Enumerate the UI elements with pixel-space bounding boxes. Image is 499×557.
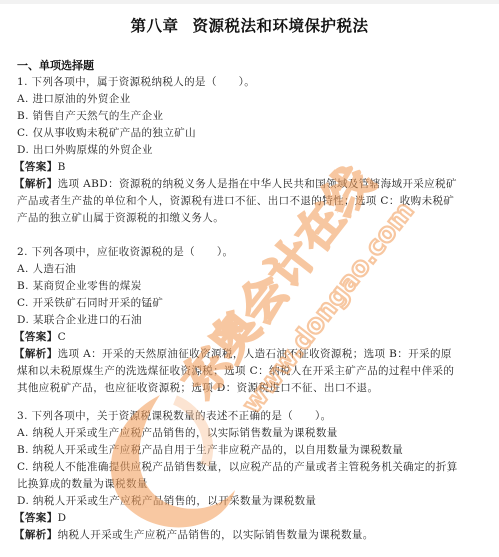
question-2-analysis-line-1: 【解析】选项 A：开采的天然原油征收资源税，人造石油不征收资源税；选项 B：开采… [14,346,452,363]
analysis-text: 选项 ABD：资源税的纳税义务人是指在中华人民共和国领域及管辖海域开采应税矿 [58,178,457,190]
question-2-answer: 【答案】C [14,329,66,346]
question-3-analysis-line-1: 【解析】纳税人开采或生产应税产品销售的，以实际销售数量为课税数量。 [14,527,374,544]
question-1-option-d: D. 出口外购原煤的外贸企业 [17,142,153,159]
chapter-title: 资源税法和环境保护税法 [193,17,369,35]
page-title: 第八章资源税法和环境保护税法 [0,14,499,36]
question-2-option-d: D. 某联合企业进口的石油 [17,312,142,329]
question-3-option-b: B. 纳税人开采或生产应税产品自用于生产非应税产品的，以自用数量为课税数量 [17,442,403,459]
question-3-option-a: A. 纳税人开采或生产应税产品销售的，以实际销售数量为课税数量 [17,425,338,442]
question-1-option-b: B. 销售自产天然气的生产企业 [17,108,163,125]
answer-label: 【答案】 [14,331,58,343]
question-2-option-b: B. 某商贸企业零售的煤炭 [17,278,142,295]
question-1-option-c: C. 仅从事收购未税矿产品的独立矿山 [17,125,196,142]
question-2-option-a: A. 人造石油 [17,261,76,278]
question-2-analysis-line-3: 其他应税矿产品，也应征收资源税；选项 D：资源税进口不征、出口不退。 [17,380,378,397]
question-2-option-c: C. 开采铁矿石同时开采的锰矿 [17,295,163,312]
question-1-analysis-line-3: 产品的独立矿山属于资源税的扣缴义务人。 [17,210,224,227]
analysis-label: 【解析】 [14,529,58,541]
question-3-option-d: D. 纳税人开采或生产应税产品销售的，以开采数量为课税数量 [17,493,316,510]
question-3-stem: 3. 下列各项中，关于资源税课税数量的表述不正确的是（ ）。 [17,408,332,425]
analysis-text: 纳税人开采或生产应税产品销售的，以实际销售数量为课税数量。 [58,529,374,541]
question-1-stem: 1. 下列各项中，属于资源税纳税人的是（ ）。 [17,74,255,91]
analysis-label: 【解析】 [14,178,58,190]
question-1-analysis-line-2: 产品或者生产盐的单位和个人，资源税有进口不征、出口不退的特性；选项 C：收购未税… [17,193,454,210]
question-2-analysis-line-2: 煤和以未税原煤生产的洗选煤征收资源税；选项 C：纳税人在开采主矿产品的过程中伴采… [17,363,454,380]
question-1-analysis-line-1: 【解析】选项 ABD：资源税的纳税义务人是指在中华人民共和国领域及管辖海域开采应… [14,176,457,193]
document-page: 第八章资源税法和环境保护税法 一、单项选择题 1. 下列各项中，属于资源税纳税人… [0,0,499,557]
question-1-option-a: A. 进口原油的外贸企业 [17,91,131,108]
question-3-option-c-continued: 比换算成的数量为课税数量 [17,476,148,493]
section-heading: 一、单项选择题 [17,57,94,73]
answer-value: B [58,161,66,173]
analysis-label: 【解析】 [14,348,58,360]
answer-label: 【答案】 [14,512,58,524]
question-1-answer: 【答案】B [14,159,66,176]
analysis-text: 选项 A：开采的天然原油征收资源税，人造石油不征收资源税；选项 B：开采的原 [58,348,452,360]
question-3-option-c: C. 纳税人不能准确提供应税产品销售数量，以应税产品的产量或者主管税务机关确定的… [17,459,458,476]
answer-value: D [58,512,67,524]
answer-value: C [58,331,66,343]
answer-label: 【答案】 [14,161,58,173]
question-3-answer: 【答案】D [14,510,66,527]
question-2-stem: 2. 下列各项中，应征收资源税的是（ ）。 [17,244,233,261]
chapter-number: 第八章 [130,17,178,35]
